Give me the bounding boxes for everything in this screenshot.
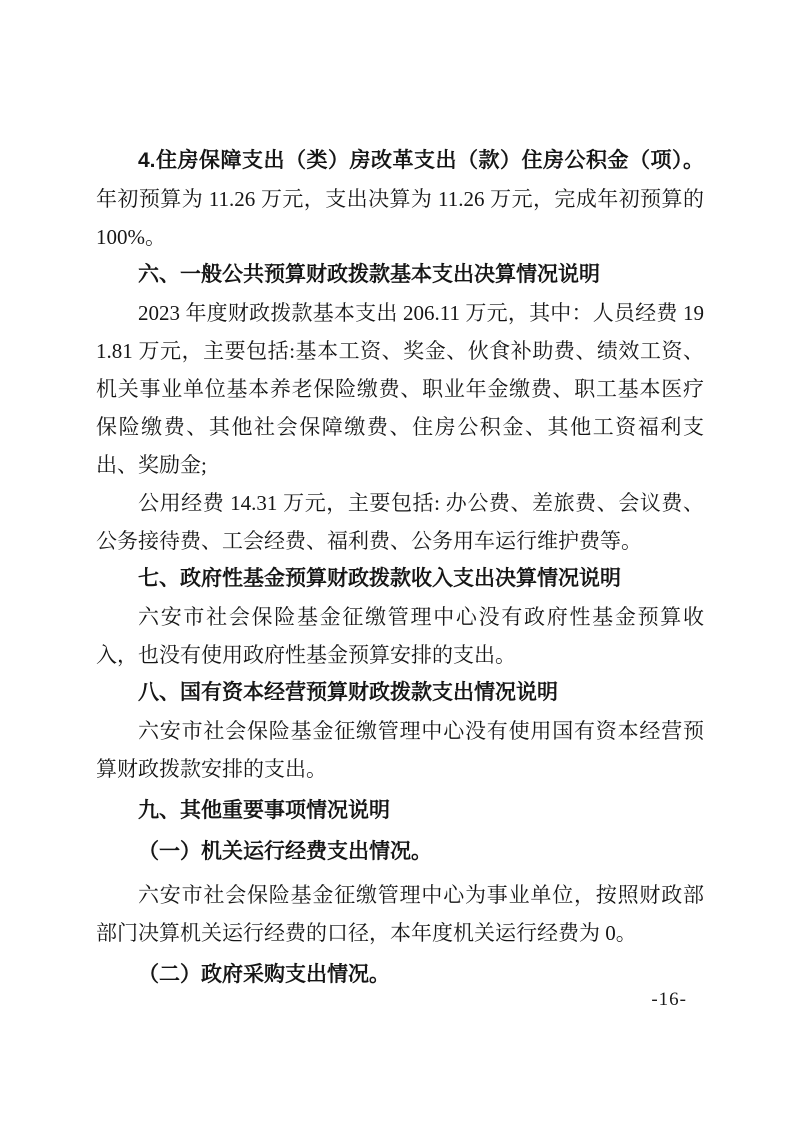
paragraph-housing-security: 4.住房保障支出（类）房改革支出（款）住房公积金（项）。年初预算为 11.26 … [96,141,704,256]
paragraph-agency-operation-statement: 六安市社会保险基金征缴管理中心为事业单位，按照财政部部门决算机关运行经费的口径，… [96,876,704,952]
heading-section-6-basic-expenditure: 六、一般公共预算财政拨款基本支出决算情况说明 [96,256,704,294]
paragraph-state-capital-statement: 六安市社会保险基金征缴管理中心没有使用国有资本经营预算财政拨款安排的支出。 [96,712,704,788]
page-number: -16- [651,989,687,1011]
housing-security-text: 年初预算为 11.26 万元，支出决算为 11.26 万元，完成年初预算的 10… [96,187,704,249]
heading-section-8-state-capital-budget: 八、国有资本经营预算财政拨款支出情况说明 [96,674,704,712]
document-page: 4.住房保障支出（类）房改革支出（款）住房公积金（项）。年初预算为 11.26 … [0,0,793,1122]
housing-security-lead: 4.住房保障支出（类）房改革支出（款）住房公积金（项）。 [138,149,704,172]
subheading-agency-operation-expense: （一）机关运行经费支出情况。 [96,833,704,871]
paragraph-public-expense-detail: 公用经费 14.31 万元，主要包括: 办公费、差旅费、会议费、公务接待费、工会… [96,484,704,560]
paragraph-gov-fund-statement: 六安市社会保险基金征缴管理中心没有政府性基金预算收入，也没有使用政府性基金预算安… [96,598,704,674]
heading-section-9-other-important-matters: 九、其他重要事项情况说明 [96,792,704,830]
paragraph-basic-expenditure-detail: 2023 年度财政拨款基本支出 206.11 万元，其中：人员经费 191.81… [96,294,704,484]
heading-section-7-gov-fund-budget: 七、政府性基金预算财政拨款收入支出决算情况说明 [96,560,704,598]
document-body: 4.住房保障支出（类）房改革支出（款）住房公积金（项）。年初预算为 11.26 … [96,141,704,994]
subheading-gov-procurement-expense: （二）政府采购支出情况。 [96,956,704,994]
